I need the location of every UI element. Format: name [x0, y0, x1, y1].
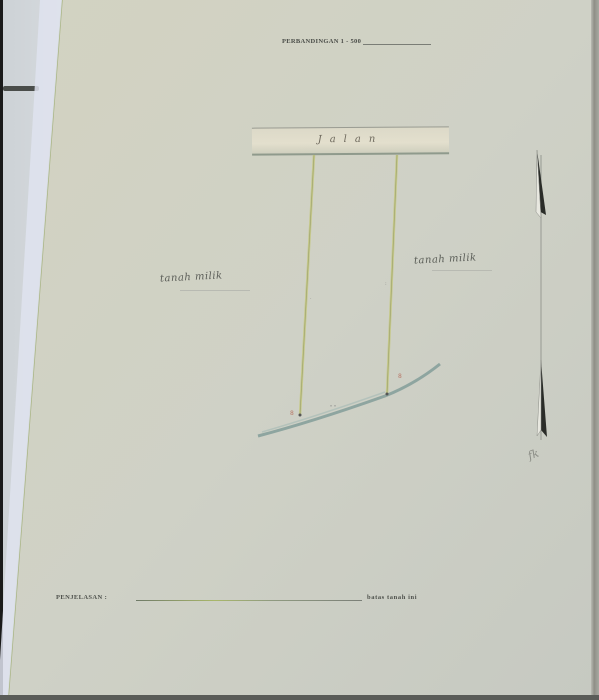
right-neighbor-subtext: [432, 270, 492, 271]
explanation-legend-line: [136, 600, 362, 601]
left-neighbor-subtext: [180, 290, 250, 291]
north-arrow-icon: [536, 150, 547, 440]
svg-text::: :: [385, 281, 387, 287]
svg-text:8: 8: [398, 373, 402, 380]
explanation-label: PENJELASAN :: [56, 594, 107, 601]
svg-text:8: 8: [290, 410, 294, 417]
explanation-suffix: batas tanah ini: [367, 594, 417, 601]
svg-text:" ": " ": [330, 405, 336, 411]
explanation-row: PENJELASAN : batas tanah ini: [56, 594, 476, 601]
svg-text:·: ·: [310, 296, 312, 302]
bottom-edge: [0, 695, 599, 700]
